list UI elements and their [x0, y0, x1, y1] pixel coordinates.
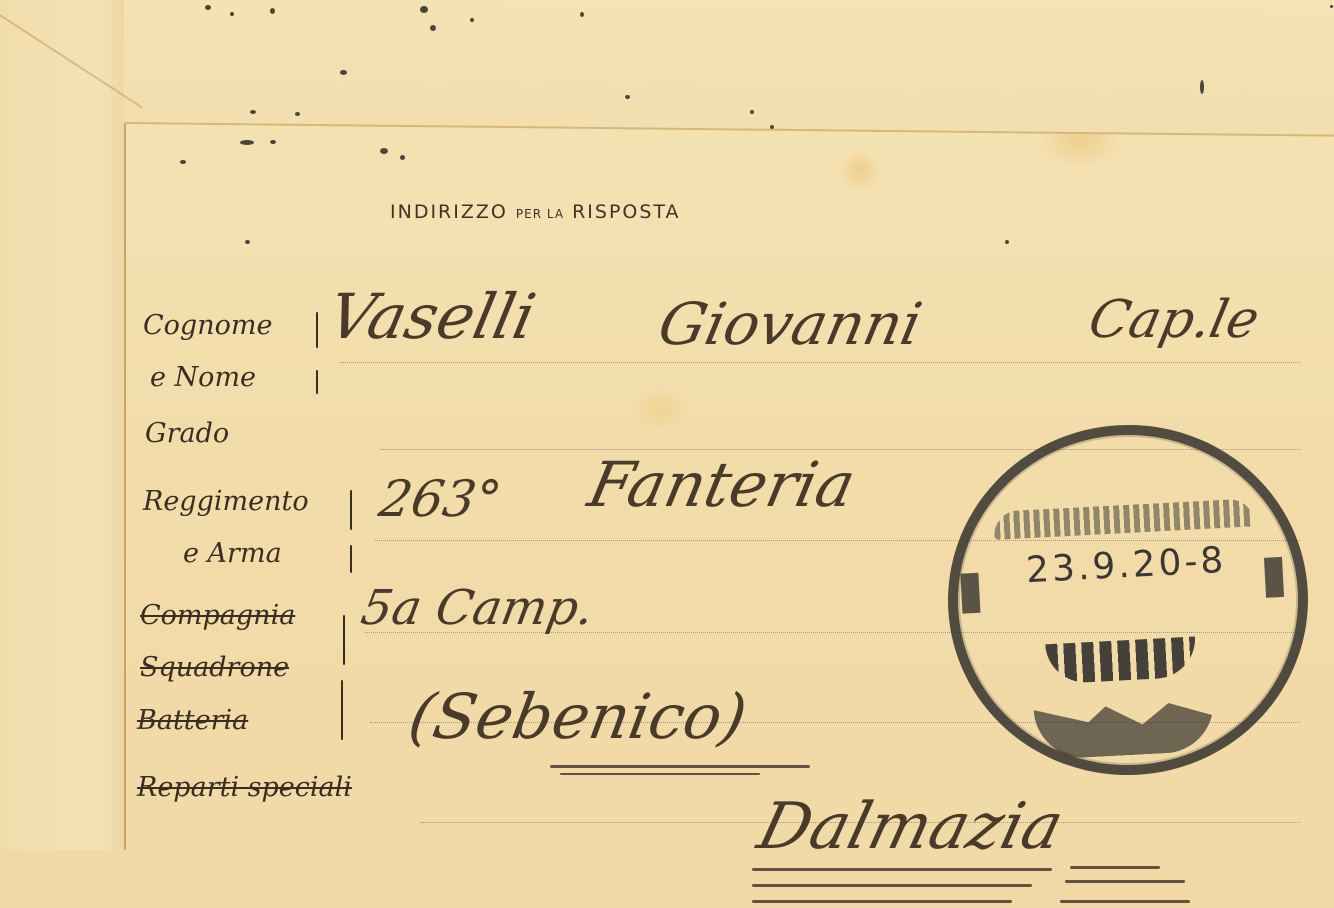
handwritten-region: Dalmazia — [751, 790, 1071, 864]
handwritten-company: 5a Camp. — [357, 580, 598, 636]
location-underline — [550, 765, 810, 768]
handwritten-regiment: 263° — [375, 470, 506, 528]
region-underline-5 — [1065, 880, 1185, 883]
handwritten-rank: Cap.le — [1084, 290, 1265, 350]
label-nome: e Nome — [150, 362, 256, 393]
location-underline-2 — [560, 773, 760, 775]
brace-unit-top — [343, 615, 345, 665]
region-underline-4 — [1070, 866, 1160, 869]
region-underline-6 — [1060, 900, 1190, 903]
label-cognome: Cognome — [143, 310, 272, 341]
postmark-place-text — [993, 498, 1254, 540]
label-batteria: Batteria — [137, 705, 248, 736]
label-compagnia: Compagnia — [140, 600, 295, 631]
label-grado: Grado — [145, 418, 229, 449]
handwritten-surname: Vaselli — [322, 280, 542, 353]
guide-line-name — [340, 362, 1300, 363]
heading-indirizzo: INDIRIZZO — [390, 201, 508, 223]
form-heading: INDIRIZZO PER LA RISPOSTA — [390, 201, 681, 223]
heading-risposta: RISPOSTA — [572, 201, 680, 223]
postmark-date: 23.9.20-8 — [955, 536, 1297, 595]
heading-per-la: PER LA — [516, 207, 564, 221]
handwritten-first-name: Giovanni — [653, 290, 928, 358]
label-reggimento: Reggimento — [143, 486, 309, 517]
label-squadrone: Squadrone — [140, 652, 289, 683]
label-arma: e Arma — [183, 538, 282, 569]
brace-name-bottom — [316, 370, 318, 394]
region-underline-1 — [752, 868, 1052, 871]
handwritten-location: (Sebenico) — [404, 680, 753, 753]
region-underline-2 — [752, 884, 1032, 887]
region-underline-3 — [752, 900, 1012, 903]
brace-name-top — [316, 312, 318, 348]
envelope-fold-corner — [0, 0, 130, 130]
brace-regiment-bottom — [350, 545, 352, 573]
envelope-top-flap — [124, 0, 1334, 137]
brace-regiment-top — [350, 490, 352, 530]
brace-unit-bottom — [341, 680, 343, 740]
postmark-bottom-mark — [1034, 701, 1216, 760]
postmark-bars — [1045, 637, 1197, 685]
handwritten-arm: Fanteria — [582, 448, 861, 521]
label-reparti-speciali: Reparti speciali — [137, 772, 352, 803]
